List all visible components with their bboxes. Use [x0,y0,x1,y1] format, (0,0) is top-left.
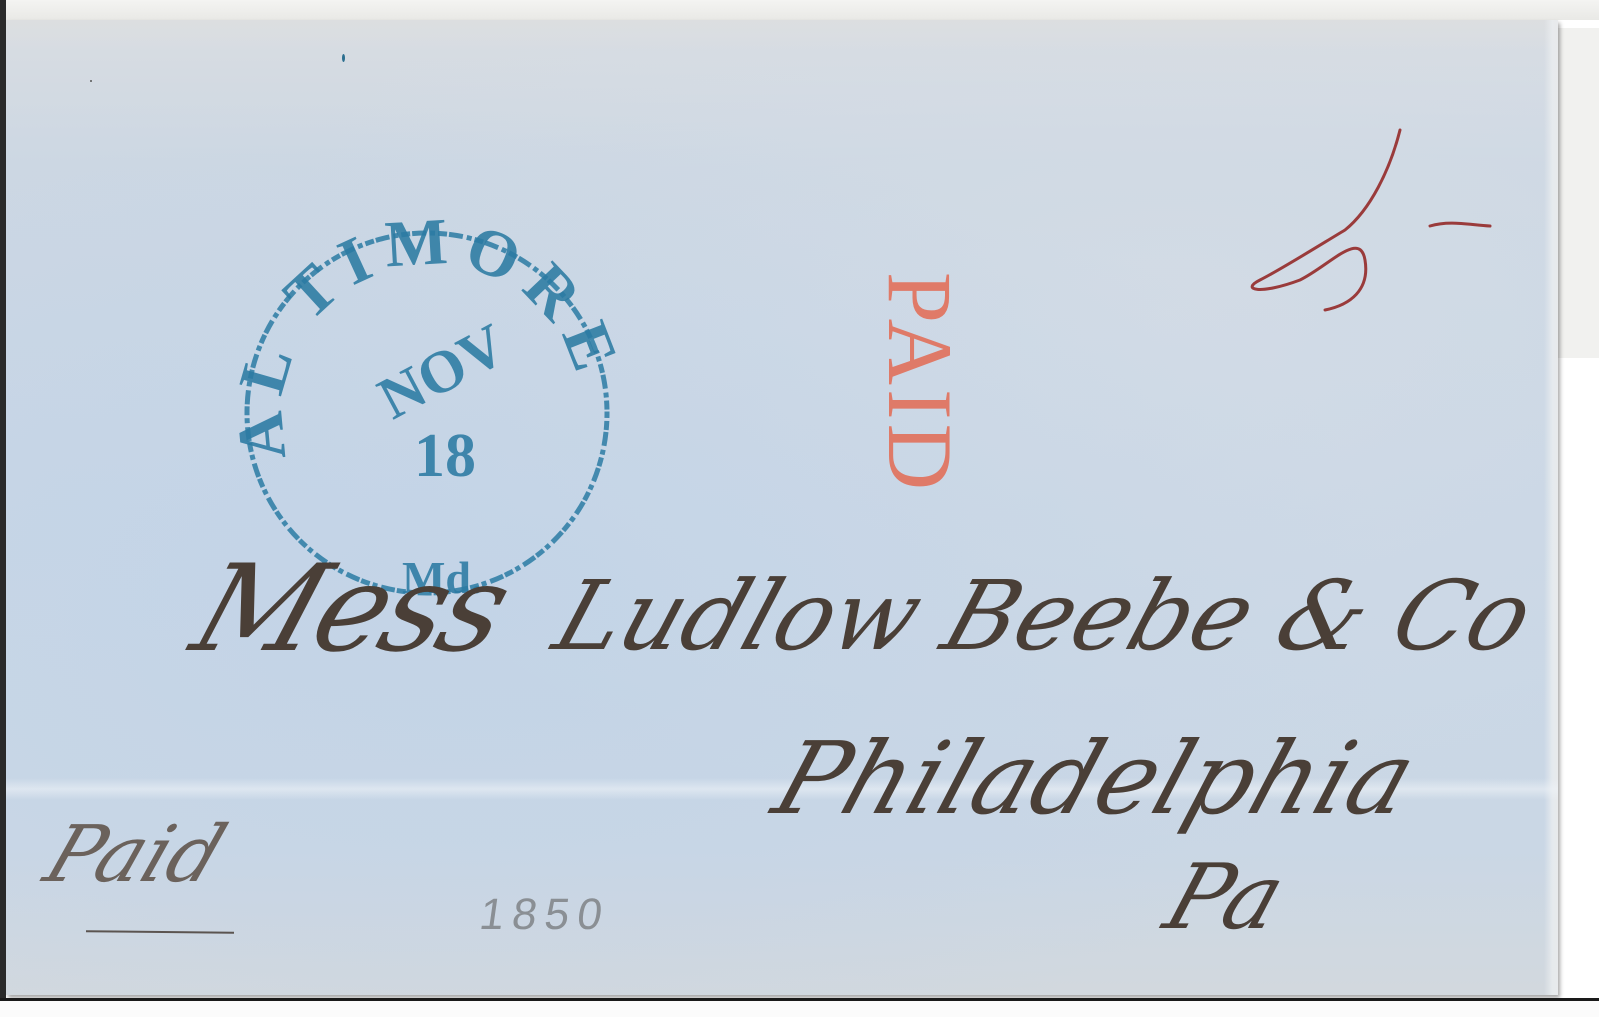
paper-speck [90,80,92,82]
rate-numeral [1252,130,1400,310]
address-name: Ludlow Beebe & Co [542,560,1547,672]
address-city: Philadelphia [761,720,1429,837]
pencil-year: 1850 [476,890,613,940]
top-fold-shadow [6,20,1558,50]
right-fold-edge [1544,20,1558,995]
scan-background-top [0,0,1599,20]
address-messrs: Mess [177,540,523,679]
rate-dash [1430,223,1490,226]
ink-speck [342,54,345,62]
scan-background-bottom [0,998,1599,1017]
postmark-month: NOV [368,311,517,432]
rate-marking [1240,120,1500,320]
manuscript-paid: Paid [34,810,237,900]
postmark-day: 18 [414,422,476,490]
scan-background-left [0,0,6,1017]
paid-handstamp: PAID [867,243,973,523]
